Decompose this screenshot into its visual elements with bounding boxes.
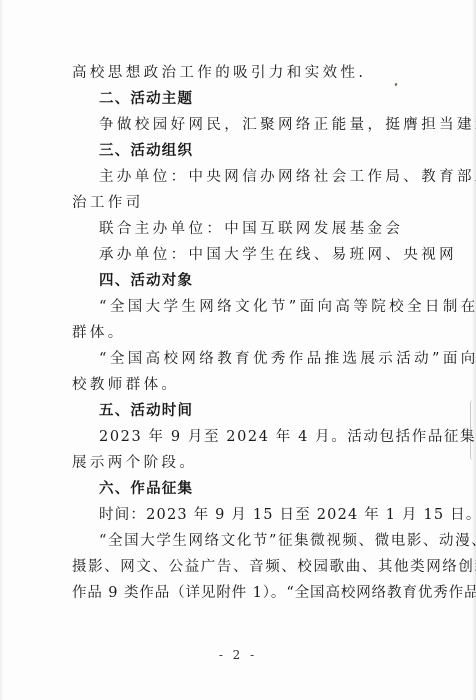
body-text-line: 作品 9 类作品（详见附件 1）。“全国高校网络教育优秀作品 <box>72 580 476 606</box>
section-heading-theme: 二、活动主题 <box>99 86 193 112</box>
section-heading-time: 五、活动时间 <box>99 398 193 424</box>
page-number: - 2 - <box>0 648 476 662</box>
body-text-line: 展示两个阶段。 <box>72 450 197 476</box>
body-text-line: 主办单位：中央网信办网络社会工作局、教育部思想政 <box>99 164 476 190</box>
body-text-line: “全国高校网络教育优秀作品推选展示活动”面向高等院 <box>99 346 476 372</box>
body-text-line: 联合主办单位：中国互联网发展基金会 <box>99 216 403 242</box>
section-heading-audience: 四、活动对象 <box>99 268 193 294</box>
section-heading-submission: 六、作品征集 <box>99 476 193 502</box>
body-text-line: 高校思想政治工作的吸引力和实效性. <box>72 60 366 86</box>
body-text-line: 时间：2023 年 9 月 15 日至 2024 年 1 月 15 日。 <box>99 502 476 528</box>
body-text-line: “全国大学生网络文化节”征集微视频、微电影、动漫、 <box>99 528 476 554</box>
body-text-line: 2023 年 9 月至 2024 年 4 月。活动包括作品征集和遴选 <box>99 424 476 450</box>
body-text-line: 校教师群体。 <box>72 372 179 398</box>
scan-speck <box>394 83 397 87</box>
body-text-line: 摄影、网文、公益广告、音频、校园歌曲、其他类网络创新 <box>72 554 476 580</box>
scan-edge-left <box>0 0 3 700</box>
section-heading-organization: 三、活动组织 <box>99 138 193 164</box>
body-text-line: 争做校园好网民，汇聚网络正能量，挺膺担当建新功 <box>99 112 476 138</box>
document-page: 高校思想政治工作的吸引力和实效性. 二、活动主题 争做校园好网民，汇聚网络正能量… <box>0 0 476 700</box>
body-text-line: 承办单位：中国大学生在线、易班网、央视网 <box>99 242 457 268</box>
body-text-line: 群体。 <box>72 320 126 346</box>
body-text-line: 治工作司 <box>72 190 144 216</box>
body-text-line: “全国大学生网络文化节”面向高等院校全日制在校学生 <box>99 294 476 320</box>
